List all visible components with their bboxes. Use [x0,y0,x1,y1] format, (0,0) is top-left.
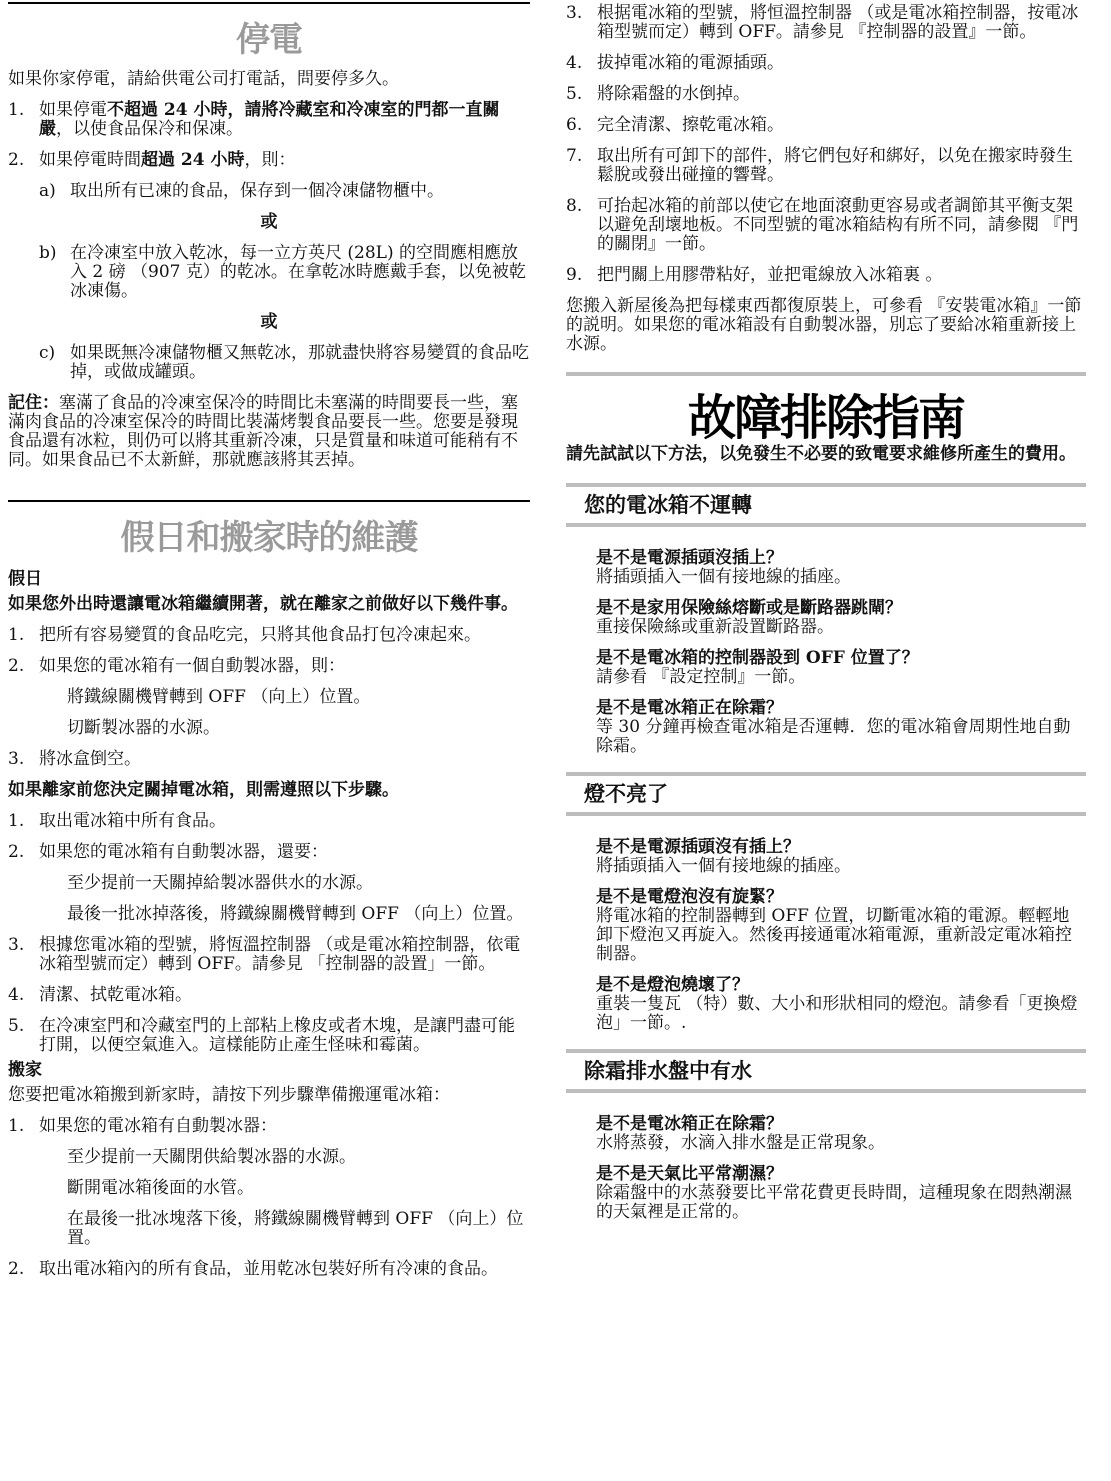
qa-item: 是不是燈泡燒壞了？ 重裝一隻瓦 （特）數、大小和形狀相同的燈泡。請參看「更換燈泡… [566,976,1086,1033]
troubleshoot-heading: 燈不亮了 [566,780,1086,808]
section-divider [566,372,1086,376]
list-item: 3. 根據您電冰箱的型號，將恆溫控制器 （或是電冰箱控制器，依電冰箱型號而定）轉… [8,936,530,974]
list-item: 3. 根据電冰箱的型號，將恒溫控制器 （或是電冰箱控制器，按電冰箱型號而定）轉到… [566,4,1086,42]
power-outage-intro: 如果你家停電，請給供電公司打電話，問要停多久。 [8,70,530,89]
list-item: 4. 清潔、拭乾電冰箱。 [8,986,530,1005]
moving-note: 您搬入新屋後為把每樣東西都復原裝上，可參看 『安裝電冰箱』一節的説明。如果您的電… [566,297,1086,354]
indented-step: 斷開電冰箱後面的水管。 [8,1179,530,1198]
heading-rule [566,1089,1086,1093]
indented-step: 至少提前一天關閉供給製冰器的水源。 [8,1148,530,1167]
list-item: 1. 如果您的電冰箱有自動製冰器： [8,1117,530,1136]
heading-rule [566,812,1086,816]
list-item: 2. 取出電冰箱內的所有食品，並用乾冰包裝好所有冷凍的食品。 [8,1260,530,1279]
right-column: 3. 根据電冰箱的型號，將恒溫控制器 （或是電冰箱控制器，按電冰箱型號而定）轉到… [566,0,1086,1234]
indented-step: 切斷製冰器的水源。 [8,719,530,738]
indented-step: 至少提前一天關掉給製冰器供水的水源。 [8,874,530,893]
note-paragraph: 記住：塞滿了食品的冷凍室保冷的時間比未塞滿的時間要長一些，塞滿肉食品的冷凍室保冷… [8,394,530,470]
list-item: 1. 取出電冰箱中所有食品。 [8,812,530,831]
list-item: 8. 可抬起冰箱的前部以使它在地面滾動更容易或者調節其平衡支架以避免刮壞地板。不… [566,197,1086,254]
turn-off-subheading: 如果離家前您決定關掉電冰箱，則需遵照以下步驟。 [8,781,530,800]
list-item: 9. 把門關上用膠帶粘好，並把電線放入冰箱裏 。 [566,266,1086,285]
moving-intro: 您要把電冰箱搬到新家時，請按下列步驟準備搬運電冰箱： [8,1086,530,1105]
heading-rule [566,1049,1086,1053]
sub-list-item: c) 如果既無冷凍儲物櫃又無乾冰，那就盡快將容易變質的食品吃掉，或做成罐頭。 [8,344,530,382]
left-column: 停電 如果你家停電，請給供電公司打電話，問要停多久。 1. 如果停電不超過 24… [8,0,530,1291]
section-title-holiday-moving: 假日和搬家時的維護 [8,518,530,558]
qa-item: 是不是電冰箱正在除霜？ 等 30 分鐘再檢查電冰箱是否運轉．您的電冰箱會周期性地… [566,699,1086,756]
list-item: 5. 將除霜盤的水倒掉。 [566,85,1086,104]
list-item: 7. 取出所有可卸下的部件，將它們包好和綁好，以免在搬家時發生鬆脫或發出碰撞的響… [566,147,1086,185]
qa-item: 是不是天氣比平常潮濕？ 除霜盤中的水蒸發要比平常花費更長時間，這種現象在悶熱潮濕… [566,1165,1086,1222]
troubleshooting-intro: 請先試試以下方法，以免發生不必要的致電要求維修所產生的費用。 [566,446,1086,463]
holiday-heading: 假日 [8,570,530,589]
qa-item: 是不是電燈泡沒有旋緊？ 將電冰箱的控制器轉到 OFF 位置，切斷電冰箱的電源。輕… [566,888,1086,964]
heading-rule [566,523,1086,527]
section-divider [8,2,530,4]
indented-step: 將鐵線關機臂轉到 OFF （向上）位置。 [8,688,530,707]
list-item: 2. 如果停電時間超過 24 小時，則： [8,151,530,170]
qa-item: 是不是電冰箱的控制器設到 OFF 位置了？ 請參看 『設定控制』一節。 [566,649,1086,687]
heading-rule [566,483,1086,487]
list-item: 1. 如果停電不超過 24 小時，請將冷藏室和冷凍室的門都一直關嚴，以使食品保冷… [8,101,530,139]
section-title-troubleshooting: 故障排除指南 [566,390,1086,446]
section-divider [8,500,530,502]
list-item: 5. 在冷凍室門和冷藏室門的上部粘上橡皮或者木塊，是讓門盡可能打開，以便空氣進入… [8,1017,530,1055]
qa-item: 是不是電冰箱正在除霜？ 水將蒸發，水滴入排水盤是正常現象。 [566,1115,1086,1153]
sub-list-item: a) 取出所有已凍的食品，保存到一個冷凍儲物櫃中。 [8,182,530,201]
qa-item: 是不是電源插頭沒插上？ 將插頭插入一個有接地線的插座。 [566,549,1086,587]
qa-item: 是不是電源插頭沒有插上？ 將插頭插入一個有接地線的插座。 [566,838,1086,876]
list-item: 1. 把所有容易變質的食品吃完，只將其他食品打包冷凍起來。 [8,626,530,645]
heading-rule [566,772,1086,776]
list-item: 3. 將冰盒倒空。 [8,750,530,769]
indented-step: 最後一批冰掉落後，將鐵線關機臂轉到 OFF （向上）位置。 [8,905,530,924]
holiday-subheading: 如果您外出時還讓電冰箱繼續開著，就在離家之前做好以下幾件事。 [8,595,530,614]
indented-step: 在最後一批冰塊落下後，將鐵線關機臂轉到 OFF （向上）位置。 [8,1210,530,1248]
sub-list-item: b) 在冷凍室中放入乾冰，每一立方英尺 (28L) 的空間應相應放入 2 磅 （… [8,244,530,301]
moving-heading: 搬家 [8,1061,530,1080]
troubleshoot-heading: 您的電冰箱不運轉 [566,491,1086,519]
qa-item: 是不是家用保險絲熔斷或是斷路器跳閘？ 重接保險絲或重新設置斷路器。 [566,599,1086,637]
list-item: 4. 拔掉電冰箱的電源插頭。 [566,54,1086,73]
or-label: 或 [8,313,530,332]
list-item: 6. 完全清潔、擦乾電冰箱。 [566,116,1086,135]
or-label: 或 [8,213,530,232]
list-item: 2. 如果您的電冰箱有自動製冰器，還要： [8,843,530,862]
troubleshoot-heading: 除霜排水盤中有水 [566,1057,1086,1085]
section-title-power-outage: 停電 [8,20,530,60]
list-item: 2. 如果您的電冰箱有一個自動製冰器，則： [8,657,530,676]
